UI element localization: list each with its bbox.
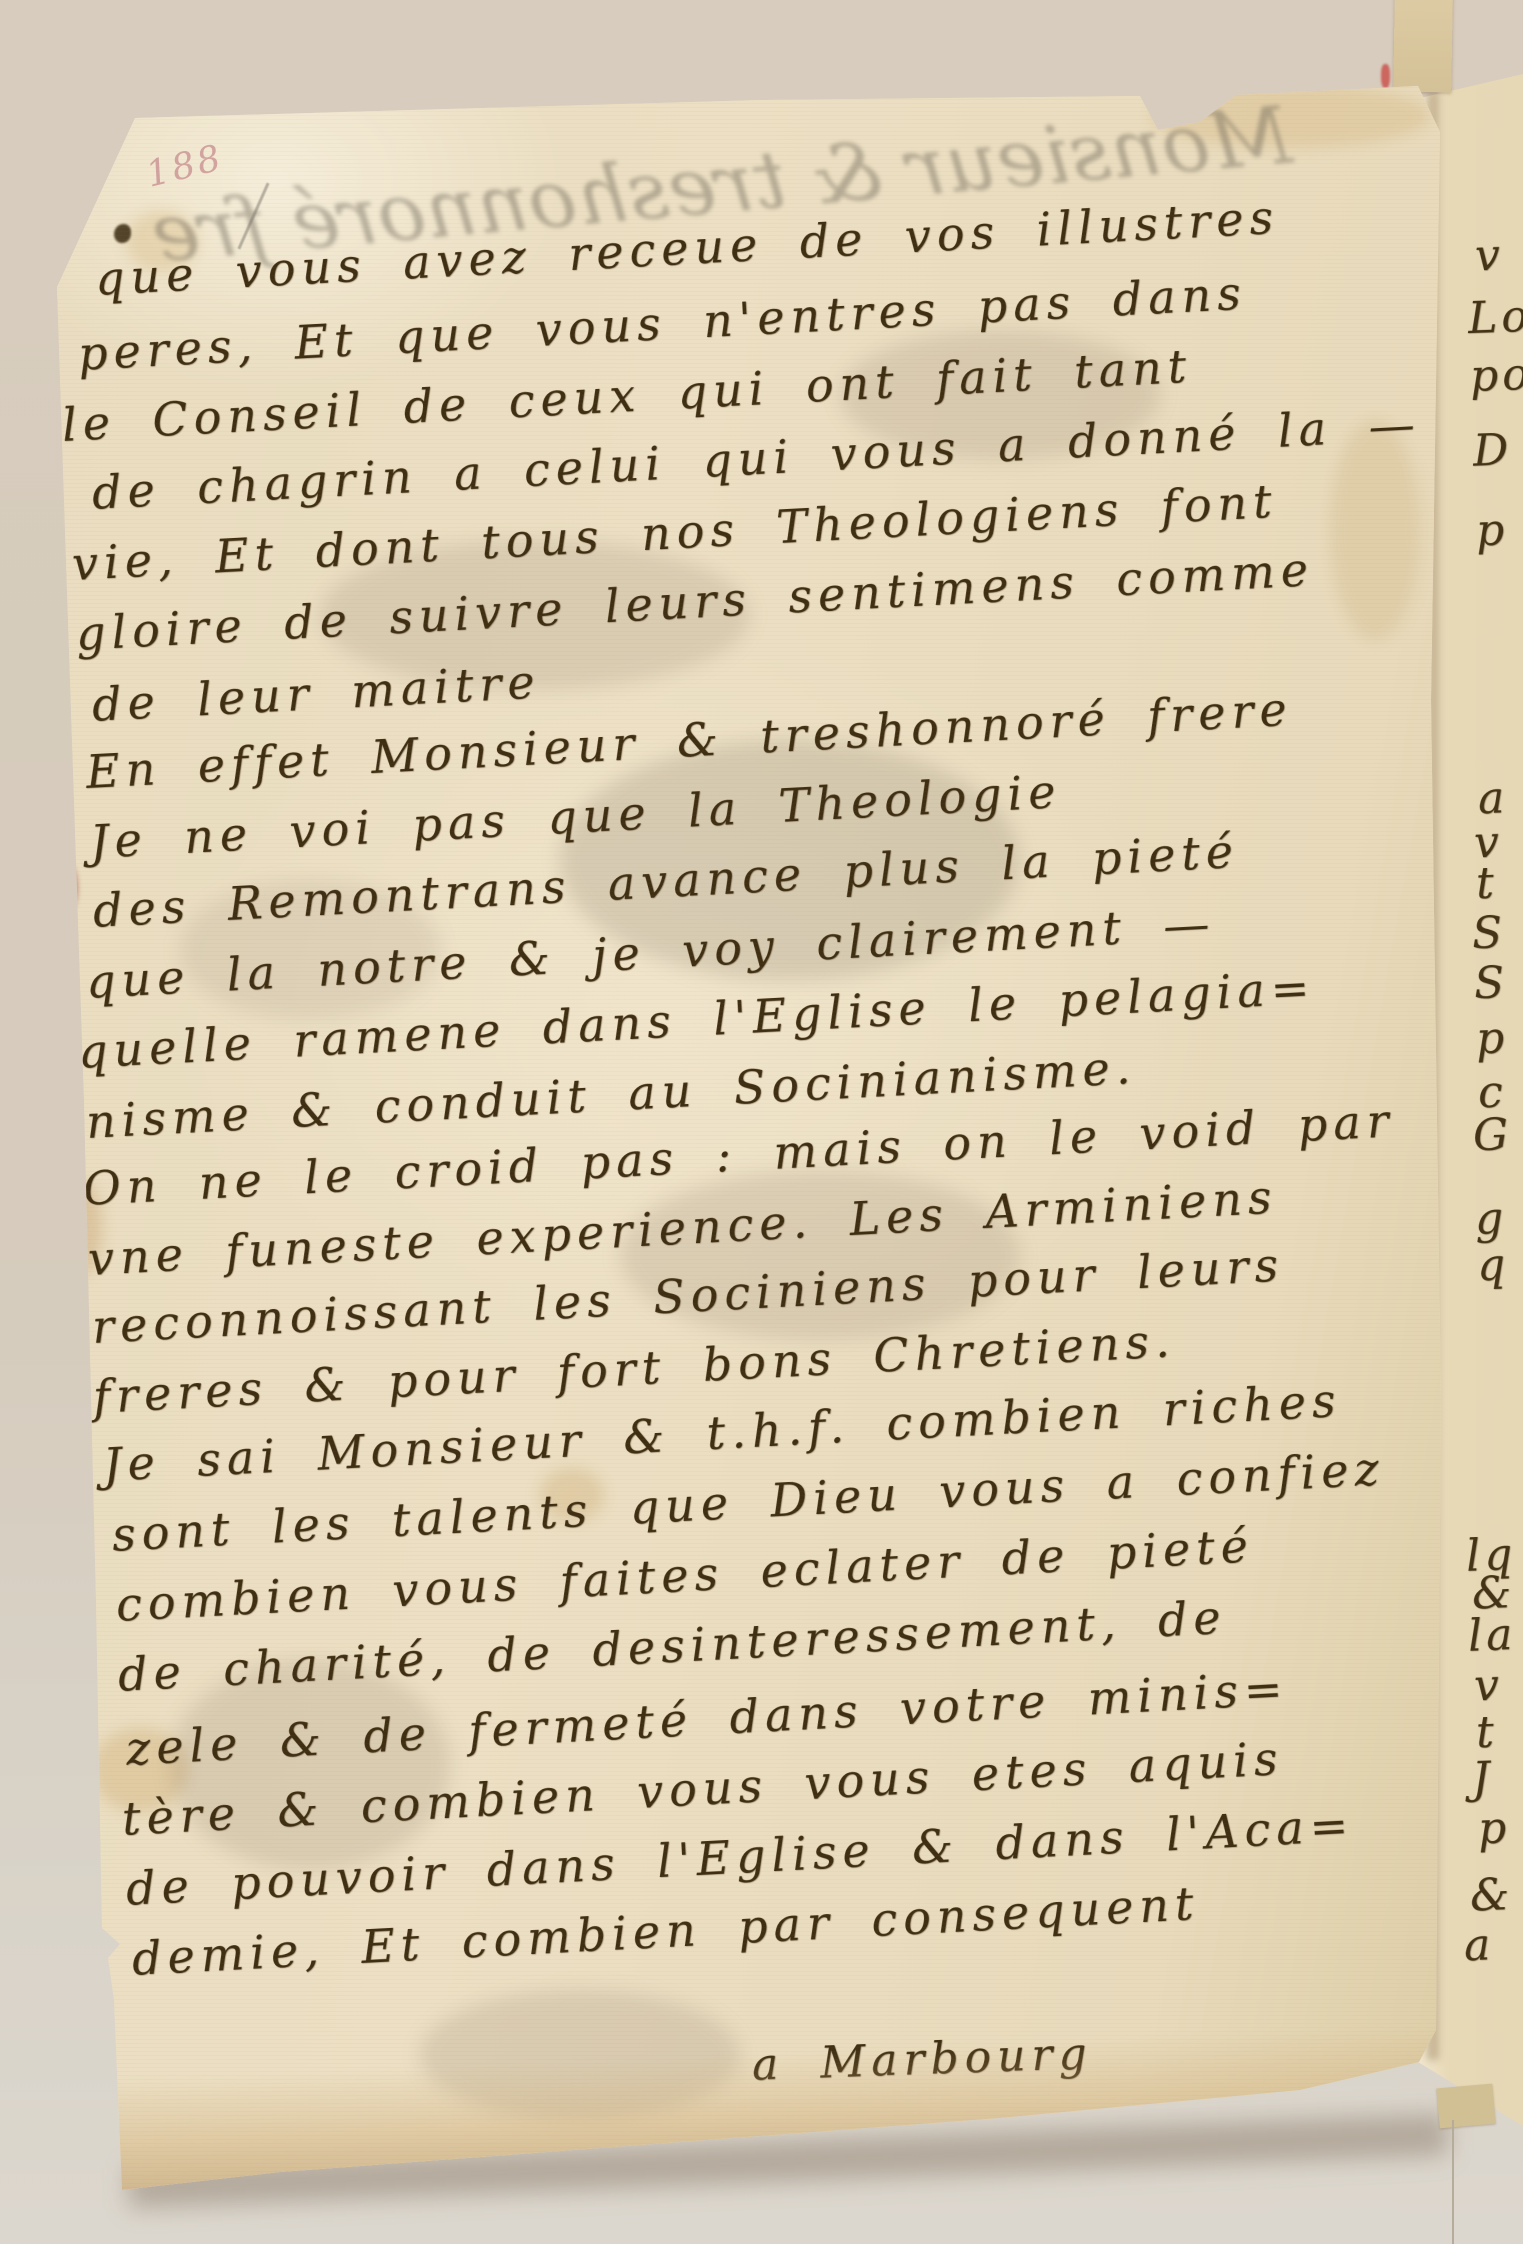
cut-off-letters: & bbox=[1469, 1869, 1514, 1921]
letter-line: quelle ramene dans l'Eglise le pelagia= bbox=[77, 960, 1317, 1079]
letter-page: Monsieur & treshonnoré fre 188 que vous … bbox=[0, 0, 1523, 2244]
letter-line: que vous avez receue de vos illustres bbox=[94, 190, 1281, 306]
stain bbox=[1150, 84, 1430, 148]
letter-line: nisme & conduit au Socinianisme. bbox=[85, 1040, 1138, 1149]
cut-off-letters: G bbox=[1472, 1109, 1513, 1161]
letter-line: vie, Et dont tous nos Theologiens font bbox=[71, 474, 1279, 591]
archival-number: 188 bbox=[142, 137, 227, 196]
cut-off-letters: a bbox=[1463, 1919, 1495, 1971]
dateline: a Marbourg bbox=[751, 2028, 1093, 2091]
letter-line: On ne le croid pas : mais on le void par bbox=[82, 1093, 1396, 1216]
sheet-edge-line bbox=[1452, 2120, 1454, 2244]
cut-off-letters: t bbox=[1475, 858, 1498, 910]
letter-line: tère & combien vous vous etes aquis bbox=[121, 1731, 1285, 1846]
stain bbox=[92, 1728, 188, 1812]
ink-blot bbox=[114, 224, 131, 243]
pencil-stroke bbox=[237, 183, 269, 250]
bleed-through bbox=[840, 330, 1160, 460]
cut-off-letters: p bbox=[1477, 1802, 1511, 1854]
red-thread-mark bbox=[1381, 64, 1390, 88]
letter-line: peres, Et que vous n'entres pas dans bbox=[77, 266, 1248, 381]
stain bbox=[540, 1468, 604, 1522]
letter-line: le Conseil de ceux qui ont fait tant bbox=[61, 339, 1194, 452]
cut-off-letters: S bbox=[1473, 957, 1509, 1009]
letter-line: des Remontrans avance plus la pieté bbox=[92, 824, 1241, 938]
tape-bottom bbox=[1436, 2084, 1495, 2129]
tape-top bbox=[1393, 0, 1453, 92]
letter-line: zele & de fermeté dans votre minis= bbox=[125, 1661, 1290, 1776]
manuscript-scan: v Lo po D p a v t S S p c G g q lq & la … bbox=[0, 0, 1523, 2244]
bleed-through bbox=[620, 1170, 1020, 1340]
letter-line: que la notre & je voy clairement — bbox=[85, 896, 1217, 1009]
cut-off-letters: Lo bbox=[1467, 291, 1523, 344]
red-blotch bbox=[56, 862, 78, 914]
bleed-through bbox=[170, 1660, 450, 1870]
letter-line: En effet Monsieur & treshonnoré frere bbox=[85, 682, 1294, 799]
letter-line: demie, Et combien par consequent bbox=[131, 1876, 1201, 1986]
cut-off-letters: g bbox=[1474, 1192, 1508, 1244]
letter-line: de chagrin a celui qui vous a donné la — bbox=[91, 396, 1422, 520]
cut-off-letters: p bbox=[1475, 504, 1509, 556]
letter-line: freres & pour fort bons Chretiens. bbox=[92, 1313, 1177, 1424]
letter-line: de leur maitre bbox=[91, 655, 542, 732]
cut-off-letters: po bbox=[1469, 349, 1523, 402]
cut-off-letters: t bbox=[1475, 1707, 1498, 1759]
letter-line: Je ne voi pas que la Theologie bbox=[89, 764, 1063, 869]
cut-off-letters: J bbox=[1471, 1753, 1494, 1805]
cut-off-letters: D bbox=[1472, 424, 1513, 476]
letter-line: de pouvoir dans l'Eglise & dans l'Aca= bbox=[125, 1798, 1356, 1916]
letter-line: vne funeste experience. Les Arminiens bbox=[87, 1170, 1279, 1286]
letter-line: combien vous faites eclater de pieté bbox=[115, 1518, 1255, 1632]
letter-line: Je sai Monsieur & t.h.f. combien riches bbox=[102, 1373, 1343, 1492]
cut-off-letters: la bbox=[1467, 1609, 1517, 1662]
stain bbox=[126, 210, 198, 272]
letter-line: reconnoissant les Sociniens pour leurs bbox=[91, 1238, 1286, 1354]
cut-off-letters: S bbox=[1471, 907, 1507, 959]
stain bbox=[58, 1180, 102, 1276]
cut-off-letters: v bbox=[1474, 230, 1505, 282]
letter-line: de charité, de desinteressement, de bbox=[117, 1590, 1228, 1702]
stain bbox=[1330, 420, 1420, 640]
letter-line: sont les talents que Dieu vous a confiez bbox=[111, 1441, 1386, 1562]
cut-off-letters: q bbox=[1476, 1239, 1510, 1291]
letter-line: gloire de suivre leurs sentimens comme bbox=[75, 542, 1316, 661]
bleed-through bbox=[320, 540, 750, 690]
ghost-mirrored-header: Monsieur & treshonnoré fre bbox=[148, 88, 1295, 280]
cut-off-letters: v bbox=[1473, 1660, 1504, 1712]
bleed-through bbox=[420, 1990, 740, 2120]
bleed-through bbox=[180, 880, 440, 1020]
bleed-through bbox=[560, 740, 1020, 980]
cut-off-letters: p bbox=[1475, 1012, 1509, 1064]
